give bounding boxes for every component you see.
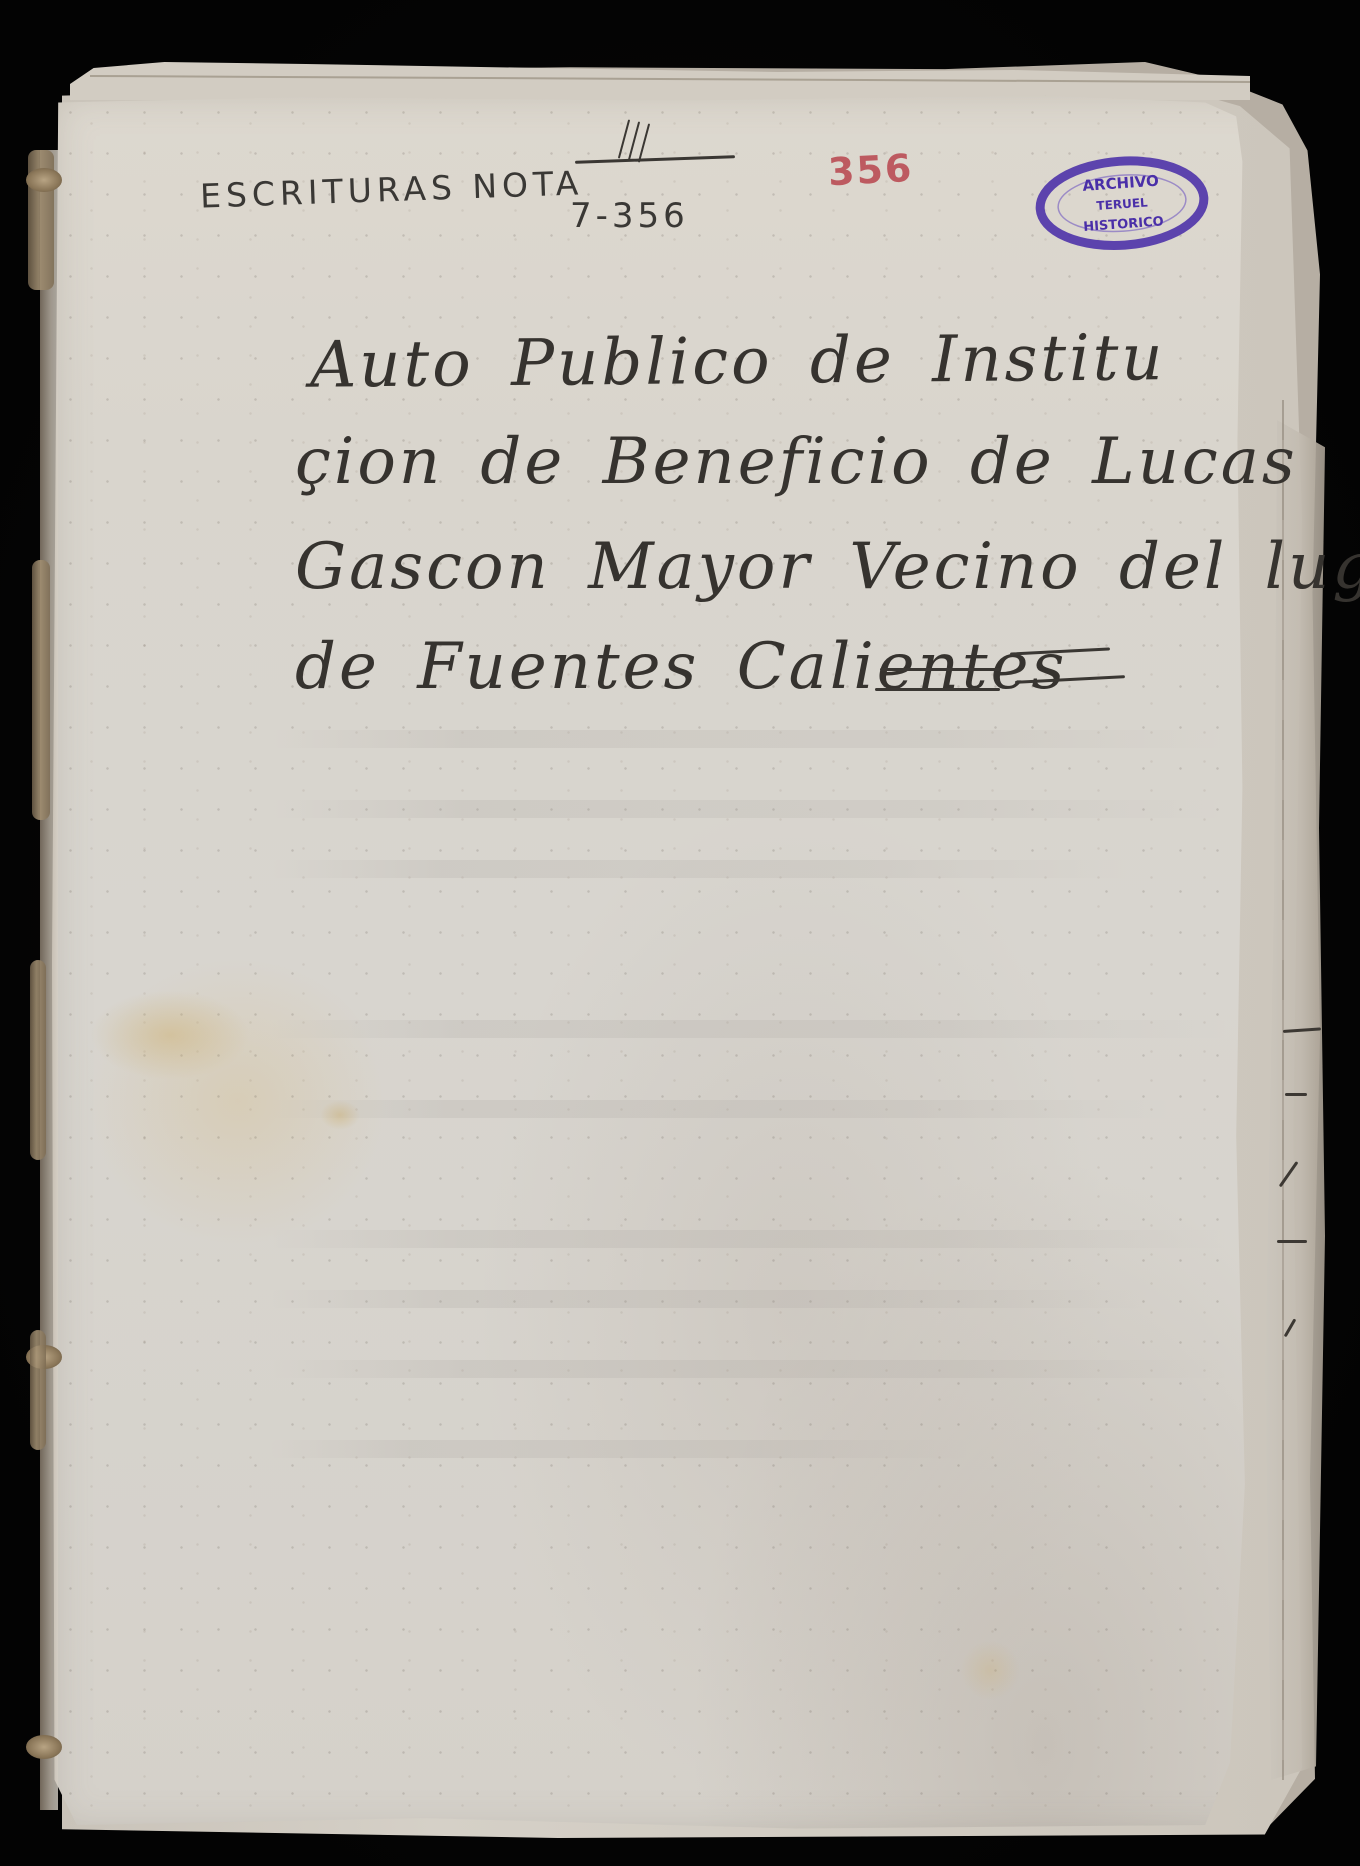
bleed-through-line xyxy=(270,1440,970,1458)
bleed-through-line xyxy=(270,1290,1150,1308)
stamp-line-1: ARCHIVO xyxy=(1082,172,1159,195)
document-photo: ESCRITURAS NOTA 7-356 356 ARCHIVO TERUEL… xyxy=(0,0,1360,1866)
title-line-1: Auto Publico de Institu xyxy=(310,321,1166,402)
bleed-through-line xyxy=(270,1100,1170,1118)
bleed-through-line xyxy=(270,1020,1230,1038)
binding-knot xyxy=(26,1735,62,1759)
bleed-through-line xyxy=(270,1230,1230,1248)
binding-knot xyxy=(26,168,62,192)
binding-string xyxy=(32,560,50,820)
edge-mark xyxy=(1285,1093,1307,1096)
archive-stamp: ARCHIVO TERUEL HISTORICO xyxy=(1026,142,1223,265)
fold-line xyxy=(1282,400,1284,1780)
edge-mark xyxy=(1277,1240,1307,1243)
title-line-4: de Fuentes Calientes xyxy=(295,630,1067,704)
water-stain xyxy=(960,1640,1020,1700)
bleed-through-line xyxy=(270,800,1230,818)
binding-string xyxy=(30,960,46,1160)
bleed-through-line xyxy=(270,730,1230,748)
stamp-line-2: TERUEL xyxy=(1096,195,1148,213)
water-stain xyxy=(90,990,250,1080)
title-line-3: Gascon Mayor Vecino del lugar xyxy=(295,530,1360,604)
bleed-through-line xyxy=(270,1360,1230,1378)
stamp-line-3: HISTORICO xyxy=(1083,214,1164,235)
binding-string xyxy=(30,1330,46,1450)
closing-flourish xyxy=(880,668,1000,671)
bleed-through-line xyxy=(270,860,1130,878)
title-line-2: çion de Beneficio de Lucas xyxy=(295,425,1298,499)
red-folio-number: 356 xyxy=(827,146,915,194)
closing-flourish xyxy=(875,688,1000,691)
reference-code: 7-356 xyxy=(570,196,689,236)
